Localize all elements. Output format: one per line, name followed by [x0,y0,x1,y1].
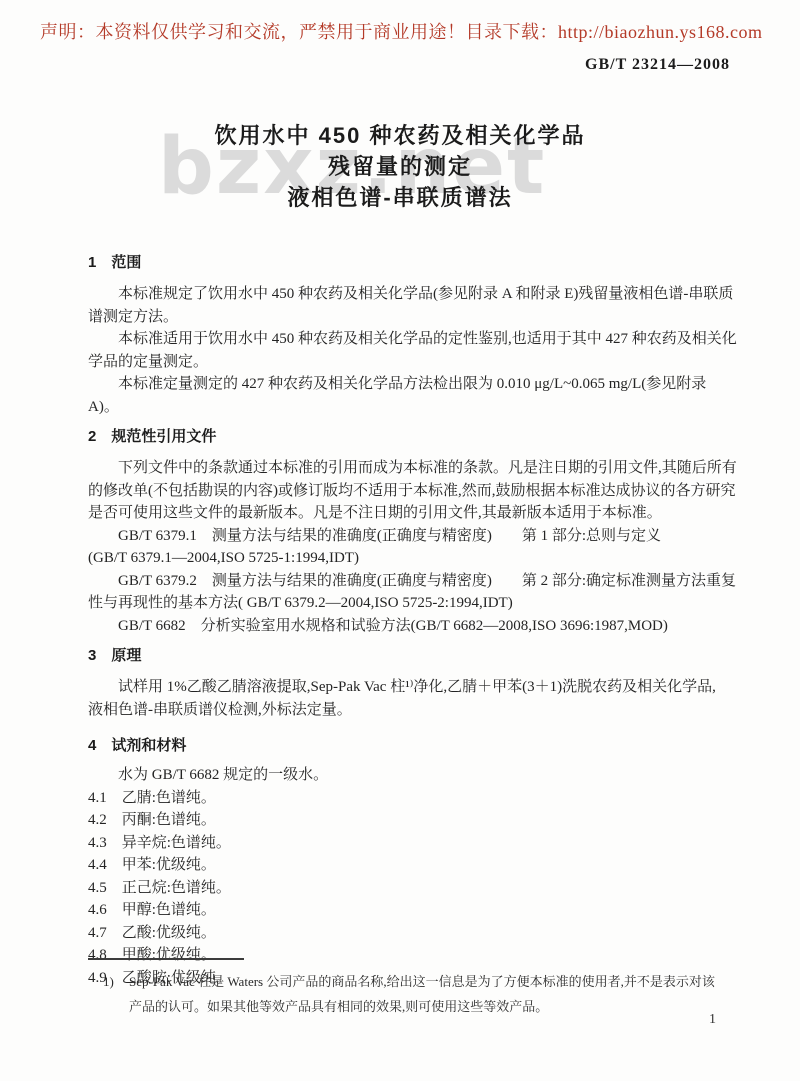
section-scope-body: 本标准规定了饮用水中 450 种农药及相关化学品(参见附录 A 和附录 E)残留… [88,283,738,418]
title-line-3: 液相色谱-串联质谱法 [15,182,785,213]
text-line: 本标准定量测定的 427 种农药及相关化学品方法检出限为 0.010 μg/L~… [88,373,738,418]
text-line: 4.1 乙腈:色谱纯。 [88,787,738,810]
section-reagents-materials-body: 水为 GB/T 6682 规定的一级水。4.1 乙腈:色谱纯。4.2 丙酮:色谱… [88,764,738,989]
text-line: 本标准适用于饮用水中 450 种农药及相关化学品的定性鉴别,也适用于其中 427… [88,328,738,351]
section-normative-references-heading: 2 规范性引用文件 [88,426,738,448]
text-line: 性与再现性的基本方法( GB/T 6379.2—2004,ISO 5725-2:… [88,592,738,615]
text-line: 4.6 甲醇:色谱纯。 [88,899,738,922]
footnote-row: 1) Sep-Pak Vac 柱是 Waters 公司产品的商品名称,给出这一信… [88,969,740,1019]
section-principle-heading: 3 原理 [88,645,738,667]
text-line: 4.3 异辛烷:色谱纯。 [88,832,738,855]
footnote-label: 1) [103,969,129,1019]
text-line: Sep-Pak Vac 柱是 Waters 公司产品的商品名称,给出这一信息是为… [129,969,740,994]
text-line: 4.4 甲苯:优级纯。 [88,854,738,877]
text-line: 4.7 乙酸:优级纯。 [88,922,738,945]
text-line: 液相色谱-串联质谱仪检测,外标法定量。 [88,699,738,722]
disclaimer-banner: 声明：本资料仅供学习和交流，严禁用于商业用途！目录下载：http://biaoz… [40,18,762,44]
text-line: 学品的定量测定。 [88,351,738,374]
section-principle: 3 原理 试样用 1%乙酸乙腈溶液提取,Sep-Pak Vac 柱¹⁾净化,乙腈… [88,645,738,721]
text-line: 产品的认可。如果其他等效产品具有相同的效果,则可使用这些等效产品。 [129,994,740,1019]
section-scope: 1 范围 本标准规定了饮用水中 450 种农药及相关化学品(参见附录 A 和附录… [88,252,738,418]
text-line: 谱测定方法。 [88,306,738,329]
text-line: 4.5 正己烷:色谱纯。 [88,877,738,900]
footnote: 1) Sep-Pak Vac 柱是 Waters 公司产品的商品名称,给出这一信… [88,958,740,1019]
title-line-2: 残留量的测定 [15,151,785,182]
footnote-divider [88,958,244,960]
text-line: 是否可使用这些文件的最新版本。凡是不注日期的引用文件,其最新版本适用于本标准。 [88,502,738,525]
footnote-text: Sep-Pak Vac 柱是 Waters 公司产品的商品名称,给出这一信息是为… [129,969,740,1019]
text-line: (GB/T 6379.1—2004,ISO 5725-1:1994,IDT) [88,547,738,570]
section-principle-body: 试样用 1%乙酸乙腈溶液提取,Sep-Pak Vac 柱¹⁾净化,乙腈＋甲苯(3… [88,676,738,721]
section-reagents-materials-heading: 4 试剂和材料 [88,735,738,757]
section-scope-heading: 1 范围 [88,252,738,274]
text-line: 试样用 1%乙酸乙腈溶液提取,Sep-Pak Vac 柱¹⁾净化,乙腈＋甲苯(3… [88,676,738,699]
text-line: 下列文件中的条款通过本标准的引用而成为本标准的条款。凡是注日期的引用文件,其随后… [88,457,738,480]
text-line: GB/T 6682 分析实验室用水规格和试验方法(GB/T 6682—2008,… [88,615,738,638]
document-body: 1 范围 本标准规定了饮用水中 450 种农药及相关化学品(参见附录 A 和附录… [88,252,738,989]
section-reagents-materials: 4 试剂和材料 水为 GB/T 6682 规定的一级水。4.1 乙腈:色谱纯。4… [88,735,738,989]
text-line: 本标准规定了饮用水中 450 种农药及相关化学品(参见附录 A 和附录 E)残留… [88,283,738,306]
section-normative-references-body: 下列文件中的条款通过本标准的引用而成为本标准的条款。凡是注日期的引用文件,其随后… [88,457,738,637]
text-line: GB/T 6379.1 测量方法与结果的准确度(正确度与精密度) 第 1 部分:… [88,525,738,548]
document-title: 饮用水中 450 种农药及相关化学品 残留量的测定 液相色谱-串联质谱法 [15,120,785,213]
title-line-1: 饮用水中 450 种农药及相关化学品 [15,120,785,151]
text-line: 水为 GB/T 6682 规定的一级水。 [88,764,738,787]
text-line: 的修改单(不包括勘误的内容)或修订版均不适用于本标准,然而,鼓励根据本标准达成协… [88,480,738,503]
text-line: GB/T 6379.2 测量方法与结果的准确度(正确度与精密度) 第 2 部分:… [88,570,738,593]
section-normative-references: 2 规范性引用文件 下列文件中的条款通过本标准的引用而成为本标准的条款。凡是注日… [88,426,738,637]
text-line: 4.2 丙酮:色谱纯。 [88,809,738,832]
standard-number: GB/T 23214—2008 [585,56,730,74]
scanned-standard-page: 声明：本资料仅供学习和交流，严禁用于商业用途！目录下载：http://biaoz… [0,0,800,1081]
